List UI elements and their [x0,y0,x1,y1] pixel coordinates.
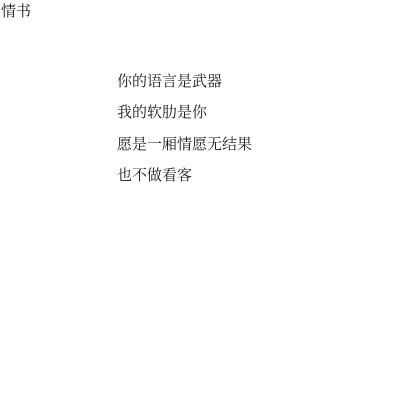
poem-line: 我的软肋是你 [117,97,252,128]
poem-body: 你的语言是武器 我的软肋是你 愿是一厢情愿无结果 也不做看客 [117,66,252,191]
poem-line: 也不做看客 [117,160,252,191]
poem-line: 你的语言是武器 [117,66,252,97]
document-title: 情书 [1,2,31,20]
poem-line: 愿是一厢情愿无结果 [117,129,252,160]
